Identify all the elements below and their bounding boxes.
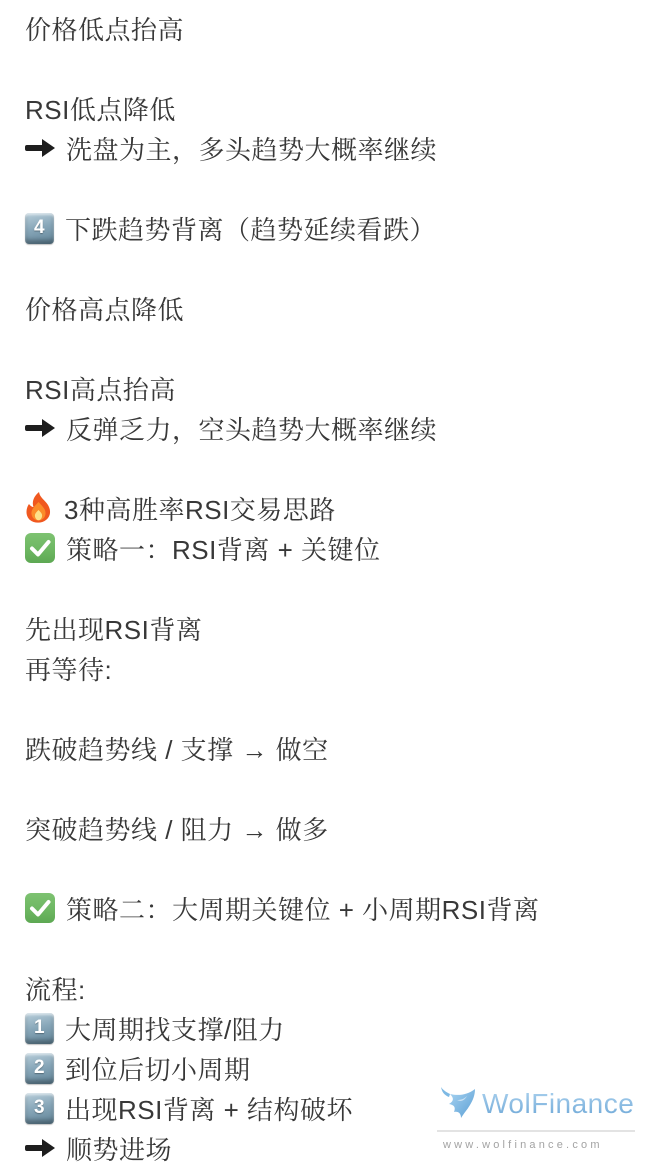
- blank-line: [25, 328, 625, 368]
- keycap-digit: 4: [34, 217, 45, 239]
- wolf-head-icon: [437, 1083, 479, 1125]
- blank-line: [25, 928, 625, 968]
- keycap-digit: 2: [34, 1057, 45, 1079]
- blank-line: [25, 568, 625, 608]
- text-line: 策略二：大周期关键位 + 小周期RSI背离: [25, 888, 625, 928]
- keycap-digit: 1: [34, 1017, 45, 1039]
- text-line: 跌破趋势线 / 支撑 → 做空: [25, 728, 625, 768]
- keycap-icon: 1: [25, 1013, 54, 1044]
- text-line: RSI高点抬高: [25, 368, 625, 408]
- keycap-icon: 4: [25, 213, 54, 244]
- text-line: 流程:: [25, 968, 625, 1008]
- text-line: 突破趋势线 / 阻力 → 做多: [25, 808, 625, 848]
- blank-line: [25, 168, 625, 208]
- line-text: 下跌趋势背离（趋势延续看跌）: [65, 210, 436, 247]
- line-text: 洗盘为主，多头趋势大概率继续: [66, 130, 437, 167]
- blank-line: [25, 248, 625, 288]
- blank-line: [25, 688, 625, 728]
- brand-name: WolFinance: [482, 1088, 634, 1120]
- text-line: 再等待:: [25, 648, 625, 688]
- blank-line: [25, 448, 625, 488]
- article-page: 价格低点抬高RSI低点降低洗盘为主，多头趋势大概率继续4下跌趋势背离（趋势延续看…: [0, 0, 647, 1170]
- line-text: RSI低点降低: [25, 90, 176, 127]
- text-line: 策略一：RSI背离 + 关键位: [25, 528, 625, 568]
- arrow-right-icon: [25, 417, 57, 439]
- article-body: 价格低点抬高RSI低点降低洗盘为主，多头趋势大概率继续4下跌趋势背离（趋势延续看…: [25, 8, 625, 1168]
- keycap-icon: 2: [25, 1053, 54, 1084]
- brand-row: WolFinance: [437, 1083, 635, 1125]
- line-text: 反弹乏力，空头趋势大概率继续: [66, 410, 437, 447]
- text-line: 1大周期找支撑/阻力: [25, 1008, 625, 1048]
- line-text: 策略二：大周期关键位 + 小周期RSI背离: [66, 890, 539, 927]
- arrow-right-icon: [25, 1137, 57, 1159]
- text-line: 价格高点降低: [25, 288, 625, 328]
- watermark: WolFinance www.wolfinance.com: [437, 1083, 635, 1151]
- line-text: 顺势进场: [66, 1130, 172, 1167]
- line-text: 价格高点降低: [25, 290, 184, 327]
- line-text: 价格低点抬高: [25, 10, 184, 47]
- line-text: 跌破趋势线 / 支撑 → 做空: [25, 730, 329, 767]
- blank-line: [25, 48, 625, 88]
- keycap-icon: 3: [25, 1093, 54, 1124]
- line-text: 策略一：RSI背离 + 关键位: [66, 530, 380, 567]
- line-text: 3种高胜率RSI交易思路: [64, 490, 336, 527]
- text-line: 2到位后切小周期: [25, 1048, 625, 1088]
- text-line: 4下跌趋势背离（趋势延续看跌）: [25, 208, 625, 248]
- line-text: 出现RSI背离 + 结构破坏: [65, 1090, 353, 1127]
- text-line: RSI低点降低: [25, 88, 625, 128]
- line-text: 先出现RSI背离: [25, 610, 202, 647]
- fire-icon: [25, 492, 52, 524]
- text-line: 价格低点抬高: [25, 8, 625, 48]
- blank-line: [25, 768, 625, 808]
- text-line: 洗盘为主，多头趋势大概率继续: [25, 128, 625, 168]
- line-text: 突破趋势线 / 阻力 → 做多: [25, 810, 329, 847]
- watermark-divider: [437, 1130, 635, 1132]
- blank-line: [25, 848, 625, 888]
- keycap-digit: 3: [34, 1097, 45, 1119]
- text-line: 3种高胜率RSI交易思路: [25, 488, 625, 528]
- line-text: 流程:: [25, 970, 86, 1007]
- line-text: 大周期找支撑/阻力: [65, 1010, 285, 1047]
- check-mark-icon: [25, 893, 55, 923]
- check-mark-icon: [25, 533, 55, 563]
- arrow-right-icon: [25, 137, 57, 159]
- text-line: 先出现RSI背离: [25, 608, 625, 648]
- line-text: RSI高点抬高: [25, 370, 176, 407]
- website-url: www.wolfinance.com: [437, 1139, 635, 1151]
- text-line: 反弹乏力，空头趋势大概率继续: [25, 408, 625, 448]
- line-text: 到位后切小周期: [65, 1050, 251, 1087]
- line-text: 再等待:: [25, 650, 112, 687]
